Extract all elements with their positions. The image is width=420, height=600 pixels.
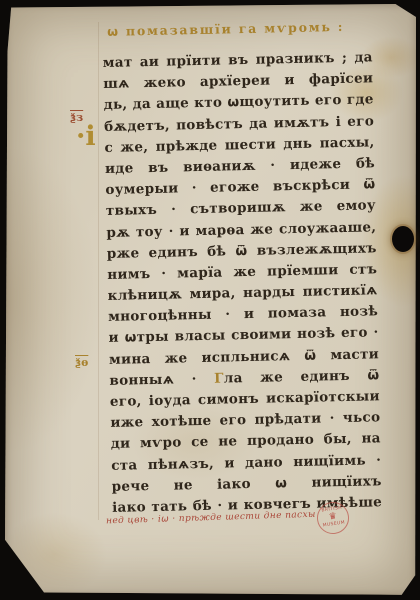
- line-segment: вонныѧ ·: [109, 371, 214, 389]
- text-block: ѡ помазавшїи га мѵромь : мат аи прїити в…: [102, 18, 382, 519]
- ruling-line: [98, 22, 99, 520]
- gold-drop-initial: ·і: [76, 121, 96, 152]
- parchment-hole: [392, 226, 414, 252]
- chapter-heading: ѡ помазавшїи га мѵромь :: [102, 18, 372, 46]
- scanned-manuscript-page: ѯз ·і ѯѳ ѡ помазавшїи га мѵромь : мат аи…: [0, 0, 420, 600]
- margin-chapter-number-gold: ѯѳ: [75, 356, 88, 369]
